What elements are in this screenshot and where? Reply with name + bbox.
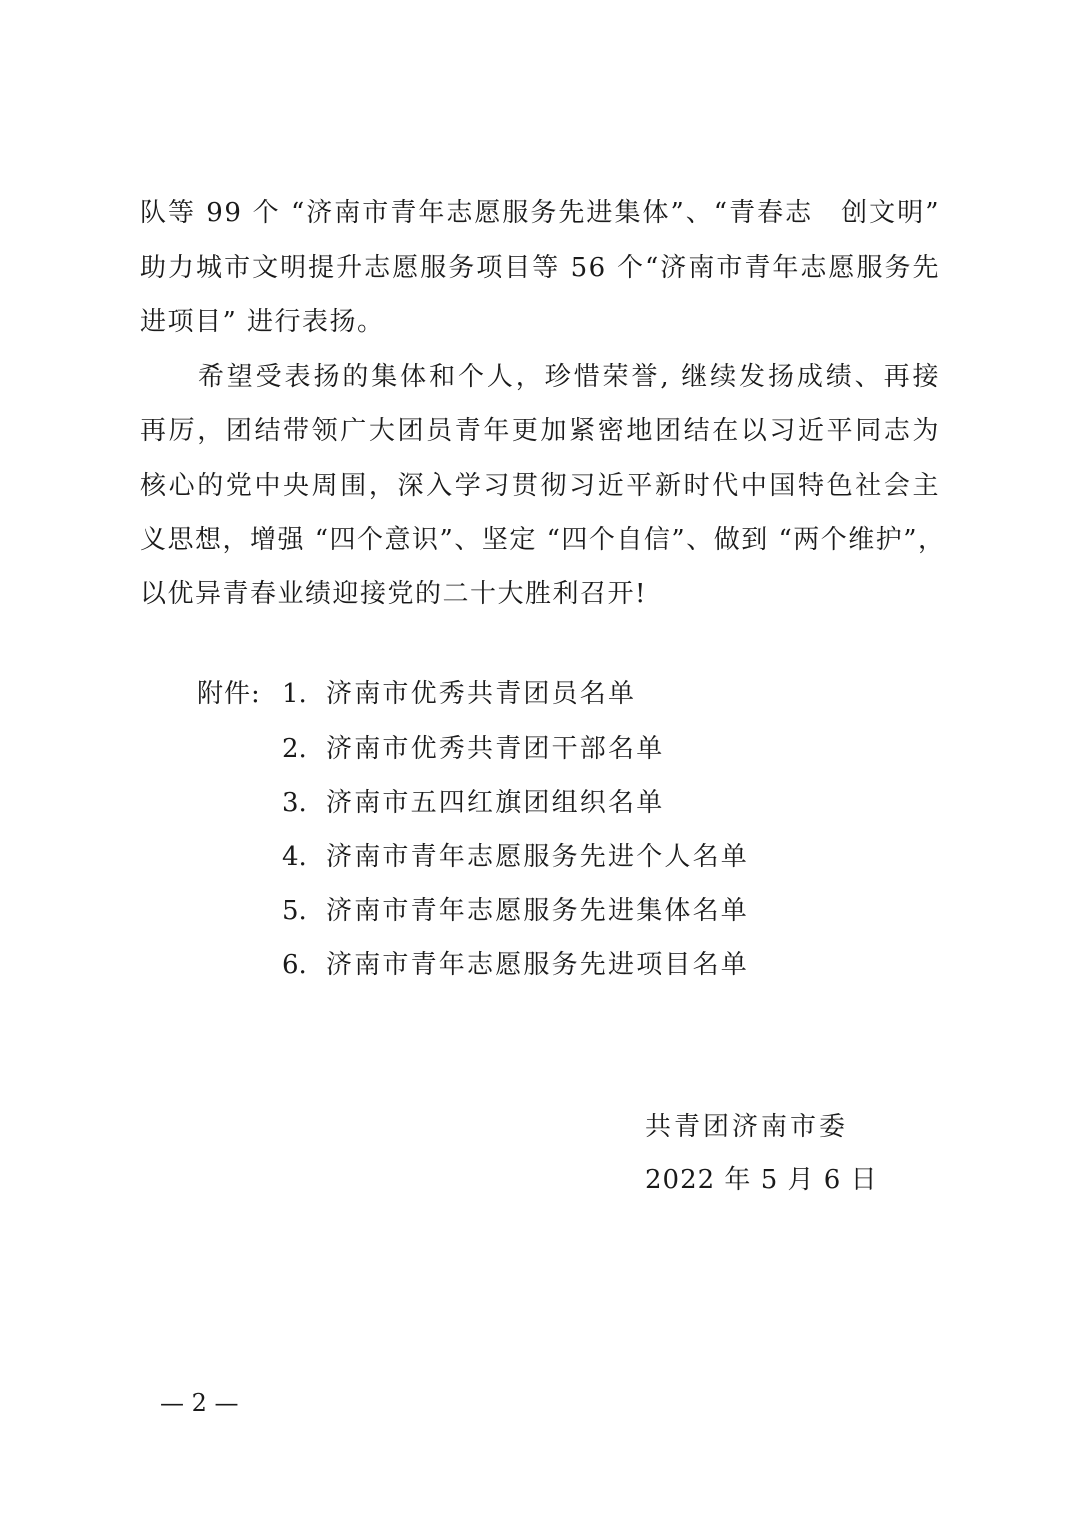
paragraph-line: 希望受表扬的集体和个人，珍惜荣誉, 继续发扬成绩、再接 — [140, 362, 940, 392]
attachment-number: 3. — [282, 788, 326, 818]
paragraph-line: 义思想，增强 “四个意识”、坚定 “四个自信”、做到 “两个维护”， — [140, 525, 940, 555]
attachment-number: 2. — [282, 734, 326, 764]
signature-organization: 共青团济南市委 — [645, 1112, 848, 1142]
attachment-title: 济南市青年志愿服务先进个人名单 — [326, 842, 749, 872]
attachments-label: 附件: — [197, 679, 261, 709]
attachment-number: 6. — [282, 950, 326, 980]
attachment-number: 5. — [282, 896, 326, 926]
attachment-item: 4.济南市青年志愿服务先进个人名单 — [282, 842, 749, 872]
paragraph-line: 助力城市文明提升志愿服务项目等 56 个“济南市青年志愿服务先 — [140, 253, 940, 283]
signature-date: 2022 年 5 月 6 日 — [645, 1165, 878, 1195]
attachment-title: 济南市青年志愿服务先进项目名单 — [326, 950, 749, 980]
attachment-number: 4. — [282, 842, 326, 872]
paragraph-line: 进项目” 进行表扬。 — [140, 307, 940, 337]
attachment-item: 3.济南市五四红旗团组织名单 — [282, 788, 664, 818]
attachment-item: 5.济南市青年志愿服务先进集体名单 — [282, 896, 749, 926]
attachment-item: 2.济南市优秀共青团干部名单 — [282, 734, 664, 764]
attachment-title: 济南市青年志愿服务先进集体名单 — [326, 896, 749, 926]
attachment-item: 6.济南市青年志愿服务先进项目名单 — [282, 950, 749, 980]
attachment-number: 1. — [282, 679, 326, 709]
paragraph-line: 队等 99 个 “济南市青年志愿服务先进集体”、“青春志 创文明” — [140, 198, 940, 228]
paragraph-line: 核心的党中央周围，深入学习贯彻习近平新时代中国特色社会主 — [140, 471, 940, 501]
attachment-title: 济南市优秀共青团干部名单 — [326, 734, 664, 764]
paragraph-line: 以优异青春业绩迎接党的二十大胜利召开! — [140, 579, 940, 609]
attachment-title: 济南市五四红旗团组织名单 — [326, 788, 664, 818]
attachment-title: 济南市优秀共青团员名单 — [326, 679, 636, 709]
attachment-item: 1.济南市优秀共青团员名单 — [282, 679, 636, 709]
paragraph-line: 再厉，团结带领广大团员青年更加紧密地团结在以习近平同志为 — [140, 416, 940, 446]
page-number: — 2 — — [160, 1388, 239, 1418]
